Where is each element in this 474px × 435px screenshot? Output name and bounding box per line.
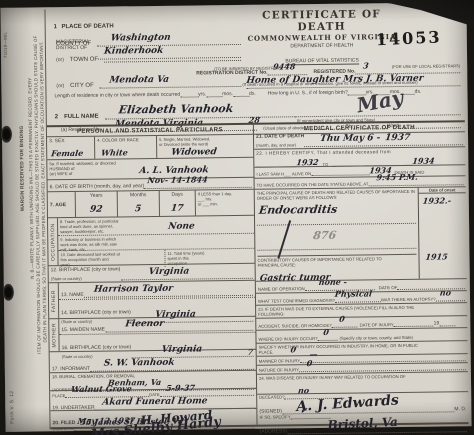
- punch-hole: [1, 126, 12, 143]
- mother-birthplace-label: 16. BIRTHPLACE (city or town): [62, 344, 132, 351]
- filed-label: 20. FILED: [52, 420, 75, 426]
- occupation-side-label: OCCUPATION: [50, 223, 56, 261]
- father-side-label: FATHER: [51, 290, 57, 312]
- principal-cause-value: Endocarditis: [258, 203, 338, 217]
- pencil-note: 876: [312, 229, 337, 242]
- md-suffix: M. D.: [454, 406, 466, 412]
- operation-label: NAME OF OPERATION: [258, 286, 305, 292]
- attended-to: 1934: [411, 156, 435, 166]
- age-months: 5: [135, 204, 143, 214]
- mother-name-value: Fleenor: [124, 319, 164, 329]
- sex-color-marital-row: 3. SEX Female 4. COLOR OR RACE White 5. …: [47, 135, 253, 161]
- dotted-rule: [439, 320, 455, 326]
- physician-signature: A. J. Edwards: [295, 392, 398, 415]
- dod-year: 1937: [384, 133, 410, 143]
- pen-stroke: [277, 220, 290, 259]
- accident-value: 0: [339, 314, 346, 324]
- district-label: MAGISTERIAL DISTRICT OF: [56, 39, 90, 51]
- foreign-birth-label: How long in U. S., if of foreign birth?: [268, 90, 348, 97]
- trade-row: 8. Trade, profession, or particular kind…: [58, 216, 254, 236]
- informant-row: 17. INFORMANT S. W. Vanhook (ADDRESS) Be…: [50, 350, 256, 374]
- physician-address-label: (ADDRESS): [260, 428, 288, 434]
- dotted-rule: [180, 91, 198, 97]
- attended-from: 1932: [296, 157, 320, 167]
- manner-label: MANNER OF INJURY: [259, 358, 300, 364]
- last-saw-label: I LAST SAW H___ ALIVE ON: [256, 171, 311, 177]
- print-code: 71019—MIL: [3, 32, 8, 58]
- cause-block: THE PRINCIPAL CAUSE OF DEATH AND RELATED…: [255, 187, 467, 282]
- color-label: 4. COLOR OR RACE: [97, 137, 154, 143]
- age-days: 17: [170, 204, 184, 214]
- sex-label: 3. SEX: [49, 138, 92, 145]
- medical-column: MEDICAL CERTIFICATE OF DEATH 21. DATE OF…: [254, 122, 469, 425]
- age-label: 7. AGE: [50, 202, 66, 208]
- city-value: Mendota Va: [109, 75, 170, 86]
- informant-value: S. W. Vanhook: [103, 358, 175, 369]
- dotted-rule: [257, 218, 416, 226]
- dotted-rule: [233, 91, 249, 97]
- dotted-rule: [206, 91, 222, 97]
- signature-block: (SIGNED) A. J. Edwards M. D. (ADDRESS) B…: [257, 392, 468, 435]
- undertaker-value: Akard Funeral Home: [102, 396, 208, 407]
- form-number: Form V. S. 12: [9, 391, 15, 424]
- autopsy-label: WAS THERE AN AUTOPSY?: [381, 297, 436, 303]
- city-label: CITY OF: [70, 83, 94, 89]
- age-years: 92: [89, 205, 103, 215]
- birthplace-label: 12. BIRTHPLACE (city or town): [51, 266, 121, 273]
- where-label: WHERE DID INJURY OCCUR?: [258, 336, 317, 342]
- age-row: 7. AGE Years 92 Months 5 Days 17 If LES: [48, 190, 254, 219]
- certificate-number-stamp: 14053: [375, 27, 441, 49]
- test-value: Physical: [334, 288, 372, 298]
- related-occupation-row: 24. WAS DISEASE OR INJURY IN ANY WAY REL…: [257, 372, 468, 395]
- sex-value: Female: [51, 148, 84, 158]
- autopsy-value: no: [439, 287, 451, 297]
- filed-row: 20. FILED May 12 1937 H. Howard Mrs Shel…: [50, 409, 256, 428]
- form-body: PERSONAL AND STATISTICAL PARTICULARS 3. …: [47, 120, 469, 429]
- punch-hole: [3, 284, 14, 301]
- mother-block: MOTHER 15. MAIDEN NAME Fleenor 16. BIRTH…: [49, 317, 255, 353]
- death-time: 9:45 P.M.: [376, 172, 419, 183]
- occurred-label: TO HAVE OCCURRED ON THE DATE STATED ABOV…: [257, 181, 369, 187]
- marital-value: Widowed: [171, 147, 218, 158]
- dotted-rule: [394, 321, 434, 327]
- certificate-form: 1 PLACE OF DEATH COUNTY OF Washington MA…: [44, 4, 467, 429]
- physician-address-value: Bristol, Va: [327, 415, 398, 432]
- where-note: (Specify city or town, county, and State…: [339, 335, 413, 341]
- dotted-rule: [311, 169, 369, 176]
- birthplace-value: Virginia: [148, 267, 190, 278]
- personal-column: PERSONAL AND STATISTICAL PARTICULARS 3. …: [47, 125, 258, 428]
- color-value: White: [101, 147, 129, 157]
- test-label: WHAT TEST CONFIRMED DIAGNOSIS?: [258, 298, 335, 304]
- mother-side-label: MOTHER: [51, 323, 57, 348]
- dob-label: 6. DATE OF BIRTH (month, day, and year): [50, 183, 145, 190]
- death-certificate-scan: 71019—MIL Form V. S. 12 MARGIN RESERVED …: [0, 2, 471, 432]
- father-name-label: 13. NAME: [61, 292, 84, 298]
- specify-value: 0: [290, 344, 297, 354]
- father-name-value: Harrison Taylor: [93, 284, 173, 295]
- nature-label: NATURE OF INJURY: [259, 367, 299, 372]
- dob-value: Nov- 14-1844: [147, 174, 208, 185]
- onset-header: Date of onset: [419, 187, 466, 194]
- dod-label: 21. DATE OF DEATH: [256, 133, 304, 140]
- where-value: 0: [323, 327, 330, 337]
- contributory-onset: 1915: [425, 251, 467, 262]
- date-of-onset-box: Date of onset 1932.- 1915: [418, 187, 467, 279]
- dod-value: Thu May 6 -: [320, 133, 381, 144]
- informant-label: 17. INFORMANT: [52, 366, 90, 372]
- undertaker-row: 19. UNDERTAKER Akard Funeral Home (ADDRE…: [50, 389, 256, 412]
- signed-label: (SIGNED): [259, 408, 282, 414]
- principal-onset: 1932.-: [422, 195, 466, 206]
- mother-name-label: 15. MAIDEN NAME: [61, 327, 105, 334]
- margin-binding-note: MARGIN RESERVED FOR BINDING: [20, 126, 26, 212]
- town-label: TOWN OF: [70, 57, 98, 63]
- nature-value: 0: [306, 358, 313, 368]
- trade-value: None: [167, 221, 195, 231]
- residence-length-label: Length of residence in city or town wher…: [54, 92, 180, 100]
